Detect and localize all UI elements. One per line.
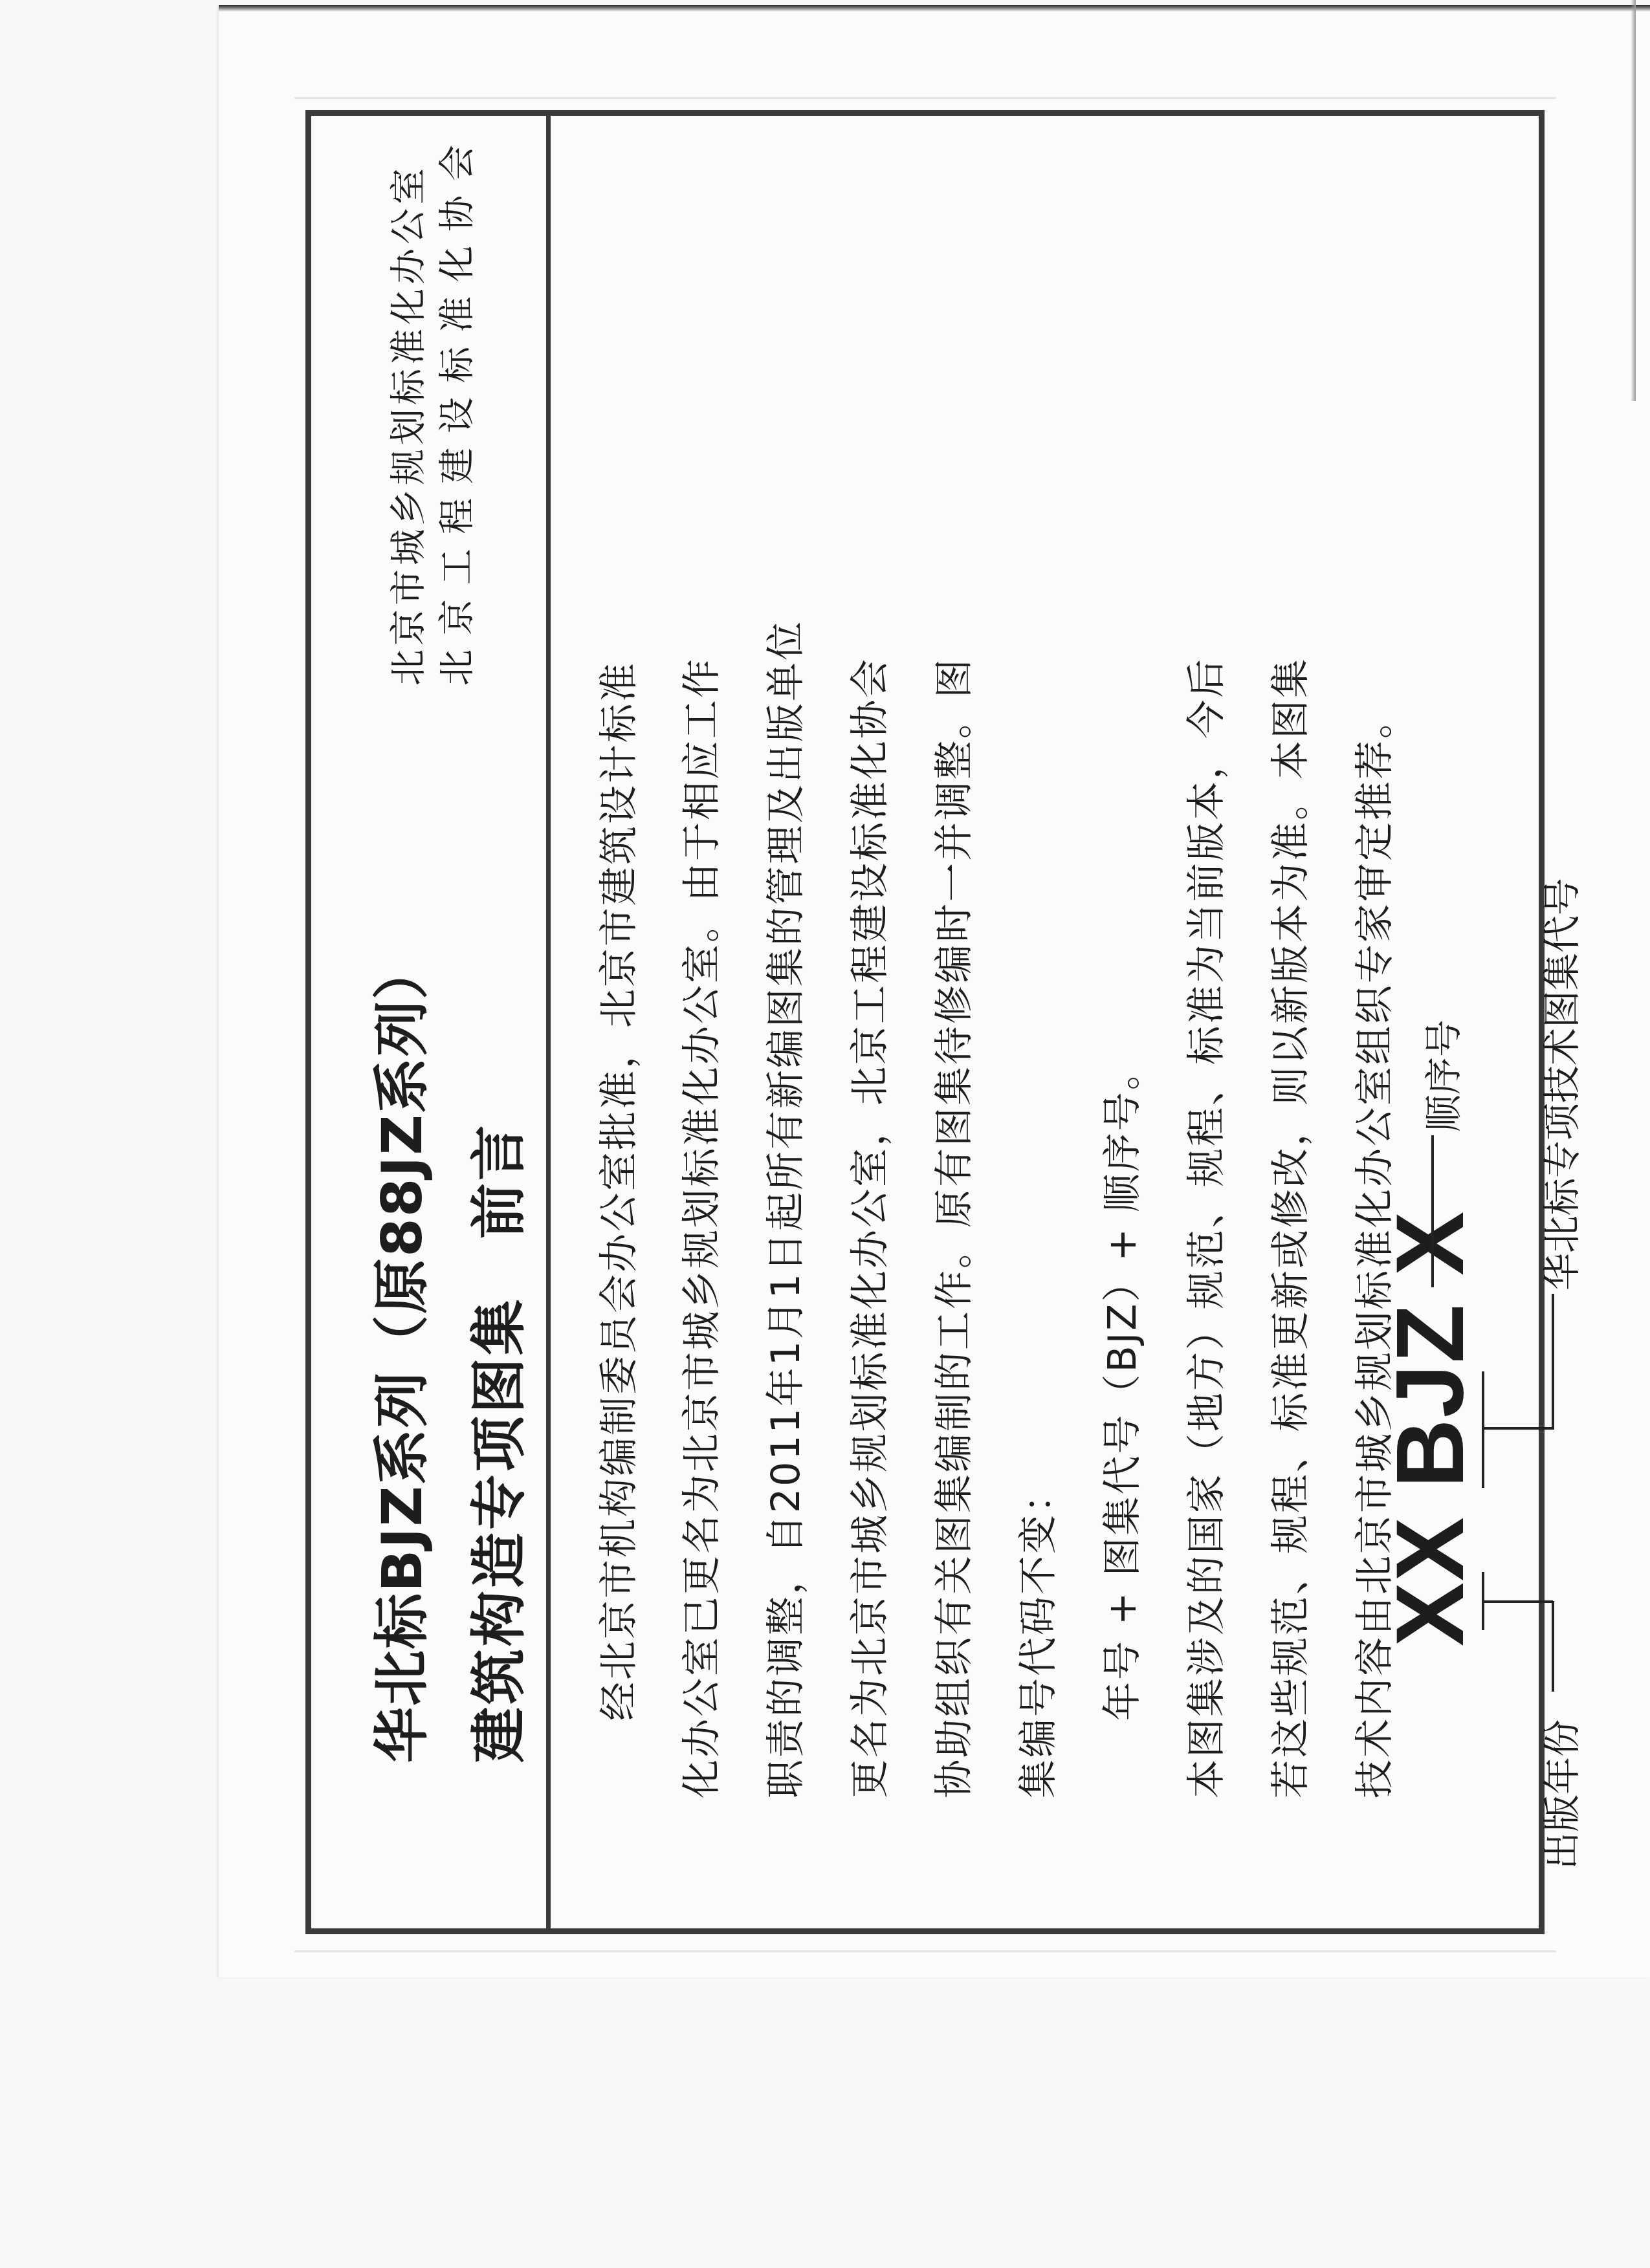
text-line: 本图集涉及的国家（地方）规范、规程、标准为当前版本，今后: [1187, 657, 1226, 1798]
label-publish-year: 出版年份: [1532, 1719, 1586, 1870]
pattern-series: BJZ: [1377, 1303, 1484, 1488]
show-through-line: [294, 1950, 1556, 1952]
text-line: 协助组织有关图集编制的工作。原有图集待修编时一并调整。图: [935, 657, 974, 1798]
header-issuer-2: 北京工程建设标准化协会: [428, 131, 480, 686]
label-sequence: 顺序号: [1413, 1020, 1468, 1132]
header-divider: [546, 110, 551, 1934]
text-line: 职责的调整，自2011年1月1日起所有新编图集的管理及出版单位: [767, 620, 806, 1798]
show-through-line: [294, 97, 1556, 99]
text-line: 集编号代码不变：: [1019, 1472, 1058, 1798]
page-edge-shadow: [219, 5, 1650, 12]
pattern-sequence: X: [1377, 1210, 1484, 1276]
pattern-code: XX BJZ X: [1383, 1210, 1479, 1646]
text-line: 经北京市机构编制委员会办公室批准，北京市建筑设计标准: [600, 661, 639, 1721]
page-subtitle: 建筑构造专项图集前言: [454, 1122, 534, 1763]
text-line: 若这些规范、规程、标准更新或修改，则以新版本为准。本图集: [1271, 657, 1310, 1798]
pattern-year: XX: [1377, 1516, 1484, 1646]
numbering-formula: 年号 + 图集代号（BJZ）+ 顺序号。: [1103, 1049, 1142, 1721]
text-line: 更名为北京市城乡规划标准化办公室，北京工程建设标准化协会: [851, 657, 890, 1798]
text-line: 化办公室已更名为北京市城乡规划标准化办公室。由于相应工作: [683, 657, 721, 1798]
header-issuer-1: 北京市城乡规划标准化办公室: [380, 164, 432, 686]
page-edge-shadow: [1631, 0, 1636, 401]
subtitle-preface: 前言: [467, 1122, 532, 1239]
subtitle-collection: 建筑构造专项图集: [467, 1297, 532, 1763]
page-title: 华北标BJZ系列（原88JZ系列）: [357, 943, 437, 1763]
label-series-code: 华北标专项技术图集代号: [1532, 878, 1586, 1291]
preface-sheet: 华北标BJZ系列（原88JZ系列） 建筑构造专项图集前言 北京市城乡规划标准化办…: [305, 110, 1545, 1934]
